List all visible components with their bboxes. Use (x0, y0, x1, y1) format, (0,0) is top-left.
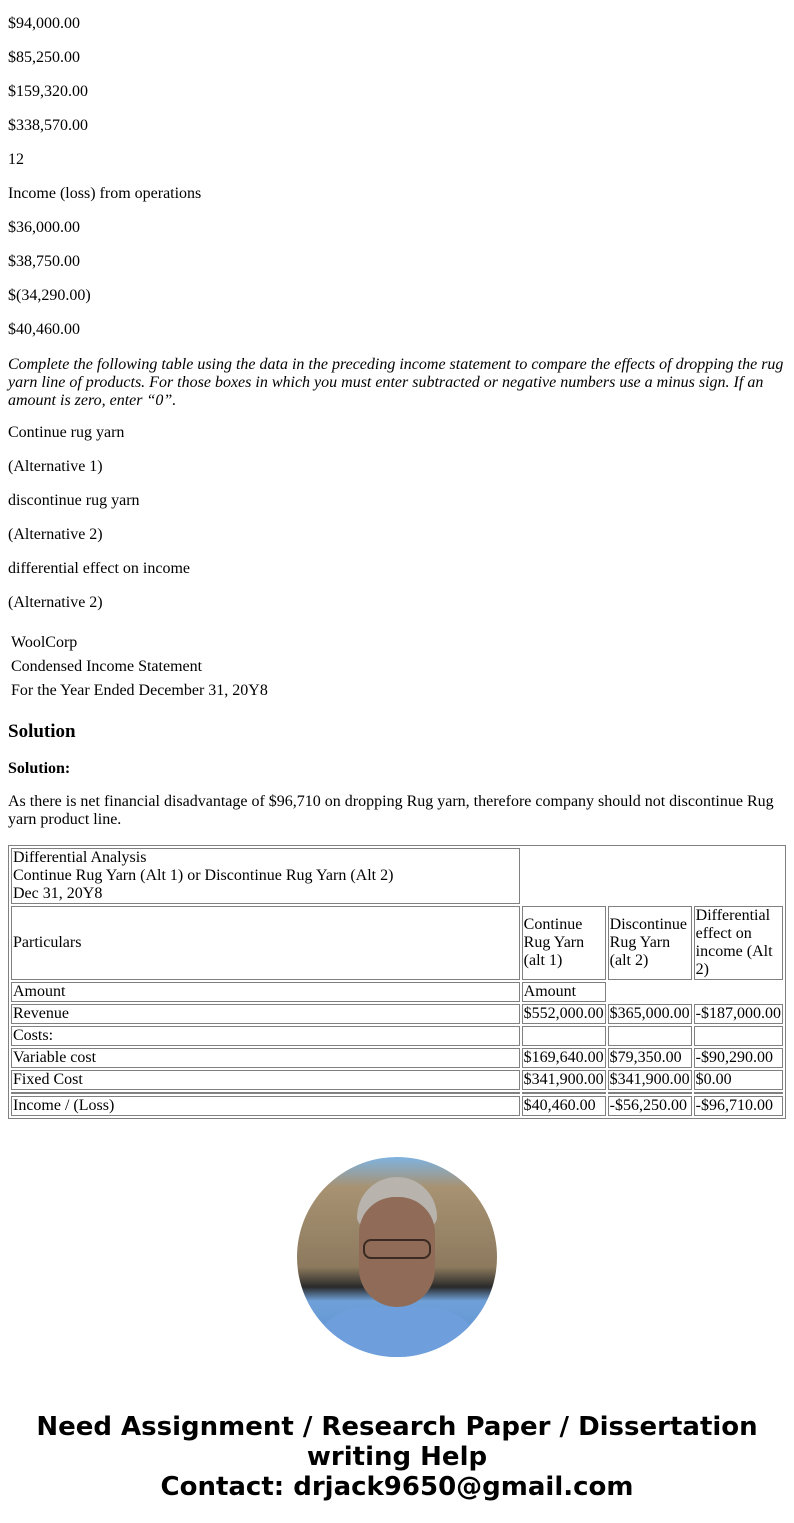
table-row: Variable cost $169,640.00 $79,350.00 -$9… (11, 1048, 783, 1068)
solution-text: As there is net financial disadvantage o… (8, 793, 786, 829)
alternative-labels: Continue rug yarn (Alternative 1) discon… (8, 422, 786, 614)
value-line: Income (loss) from operations (8, 183, 786, 205)
title-line: Continue Rug Yarn (Alt 1) or Discontinue… (13, 867, 518, 885)
alt2-value: $365,000.00 (608, 1004, 692, 1024)
alt2-value: $79,350.00 (608, 1048, 692, 1068)
value-line: $85,250.00 (8, 47, 786, 69)
diff-value: $0.00 (694, 1070, 783, 1090)
row-label: Costs: (11, 1026, 520, 1046)
alt1-value: $552,000.00 (522, 1004, 606, 1024)
preceding-values: $94,000.00 $85,250.00 $159,320.00 $338,5… (8, 13, 786, 341)
alt1-value: $169,640.00 (522, 1048, 606, 1068)
value-line: $38,750.00 (8, 251, 786, 273)
alt-label: differential effect on income (8, 558, 786, 580)
title-line: Differential Analysis (13, 849, 518, 867)
value-line: $94,000.00 (8, 13, 786, 35)
avatar-shirt (307, 1307, 487, 1357)
banner-contact: Contact: drjack9650@gmail.com (8, 1472, 786, 1502)
alt2-value (608, 1026, 692, 1046)
alt1-value (522, 1026, 606, 1046)
table-title: Differential Analysis Continue Rug Yarn … (11, 848, 520, 904)
avatar-glasses (363, 1239, 431, 1259)
title-line: Dec 31, 20Y8 (13, 885, 518, 903)
contact-banner: Need Assignment / Research Paper / Disse… (8, 1412, 786, 1502)
diff-value: -$90,290.00 (694, 1048, 783, 1068)
diff-value: -$187,000.00 (694, 1004, 783, 1024)
header-alt1: Continue Rug Yarn (alt 1) (522, 906, 606, 980)
row-label: Fixed Cost (11, 1070, 520, 1090)
empty-cell (522, 1092, 606, 1094)
table-row: Costs: (11, 1026, 783, 1046)
differential-analysis-table: Differential Analysis Continue Rug Yarn … (8, 845, 786, 1119)
table-row: Fixed Cost $341,900.00 $341,900.00 $0.00 (11, 1070, 783, 1090)
company-name: WoolCorp (10, 632, 269, 654)
alt2-value: -$56,250.00 (608, 1096, 692, 1116)
row-label: Income / (Loss) (11, 1096, 520, 1116)
alt2-value: $341,900.00 (608, 1070, 692, 1090)
alt-label: (Alternative 2) (8, 524, 786, 546)
header-alt2: Discontinue Rug Yarn (alt 2) (608, 906, 692, 980)
statement-period: For the Year Ended December 31, 20Y8 (10, 680, 269, 702)
header-particulars: Particulars (11, 906, 520, 980)
empty-cell (694, 1092, 783, 1094)
alt-label: Continue rug yarn (8, 422, 786, 444)
empty-cell (522, 848, 783, 904)
table-row: Income / (Loss) $40,460.00 -$56,250.00 -… (11, 1096, 783, 1116)
header-diff: Differential effect on income (Alt 2) (694, 906, 783, 980)
amount-row: Amount Amount (11, 982, 783, 1002)
empty-cell (608, 982, 783, 1002)
table-row: Revenue $552,000.00 $365,000.00 -$187,00… (11, 1004, 783, 1024)
amount-label: Amount (522, 982, 606, 1002)
statement-title: Condensed Income Statement (10, 656, 269, 678)
value-line: $159,320.00 (8, 81, 786, 103)
header-row: Particulars Continue Rug Yarn (alt 1) Di… (11, 906, 783, 980)
value-line: $36,000.00 (8, 217, 786, 239)
alt-label: discontinue rug yarn (8, 490, 786, 512)
empty-cell (608, 1092, 692, 1094)
banner-line: Need Assignment / Research Paper / Disse… (8, 1412, 786, 1472)
spacer-row (11, 1092, 783, 1094)
alt-label: (Alternative 2) (8, 592, 786, 614)
solution-label: Solution: (8, 758, 786, 780)
row-label: Revenue (11, 1004, 520, 1024)
value-line: $338,570.00 (8, 115, 786, 137)
author-avatar (297, 1157, 497, 1357)
diff-value: -$96,710.00 (694, 1096, 783, 1116)
table-title-row: Differential Analysis Continue Rug Yarn … (11, 848, 783, 904)
income-statement-header: WoolCorp Condensed Income Statement For … (8, 630, 271, 704)
author-photo-container (8, 1157, 786, 1362)
solution-heading: Solution (8, 721, 786, 743)
value-line: $40,460.00 (8, 319, 786, 341)
alt-label: (Alternative 1) (8, 456, 786, 478)
document: $94,000.00 $85,250.00 $159,320.00 $338,5… (0, 13, 794, 1502)
diff-value (694, 1026, 783, 1046)
value-line: 12 (8, 149, 786, 171)
alt1-value: $40,460.00 (522, 1096, 606, 1116)
alt1-value: $341,900.00 (522, 1070, 606, 1090)
value-line: $(34,290.00) (8, 285, 786, 307)
row-label: Variable cost (11, 1048, 520, 1068)
empty-cell (11, 1092, 520, 1094)
instructions: Complete the following table using the d… (8, 356, 786, 410)
amount-label: Amount (11, 982, 520, 1002)
